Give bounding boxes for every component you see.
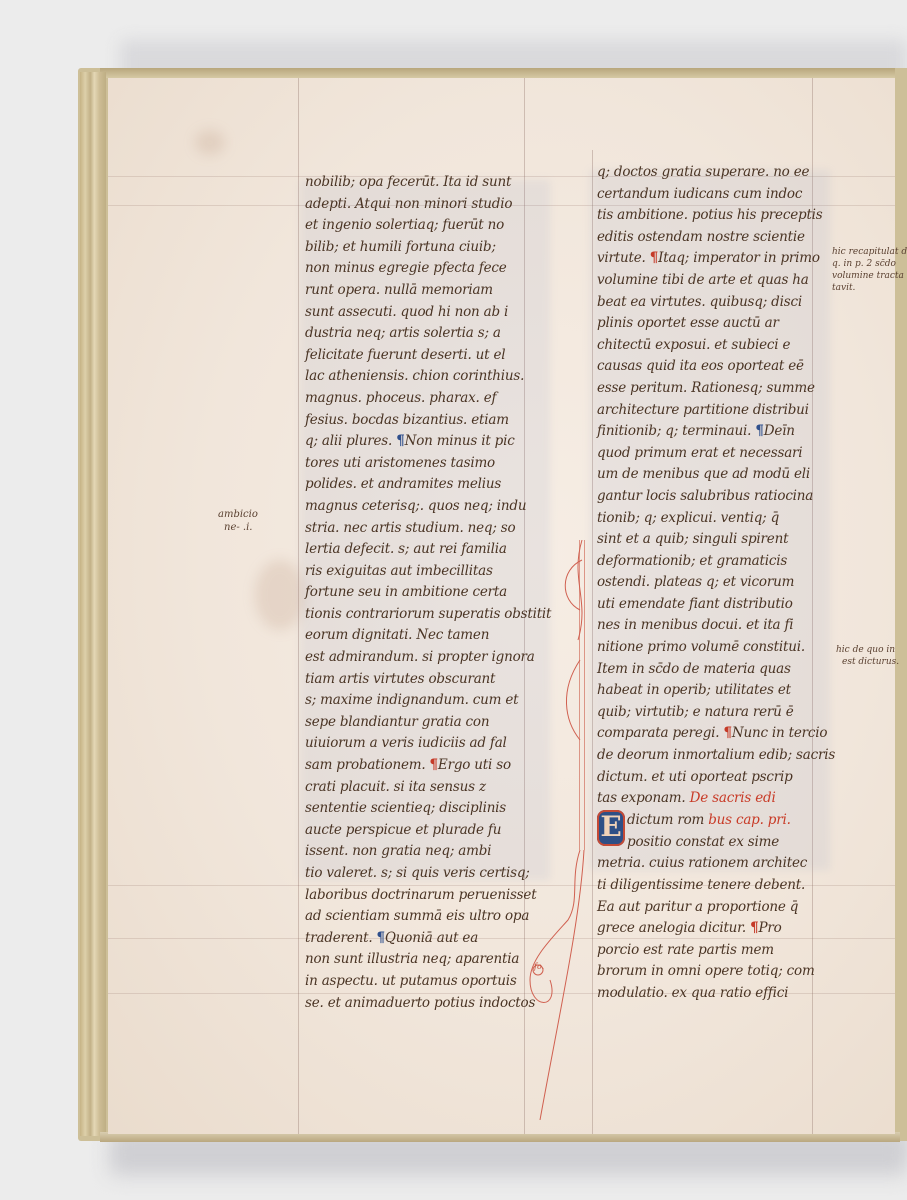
rubric-heading: De sacris edi [690,790,776,806]
text-line: sepe blandiantur gratia con [305,712,545,734]
text-line: volumine tibi de arte et quas ha [597,270,827,292]
text-line: in aspectu. ut putamus oportuis [305,971,545,993]
folio-mark: fo. [534,962,544,971]
text-line: fesius. bocdas bizantius. etiam [305,410,545,432]
text-line: esse peritum. Rationesq; summe [597,378,827,400]
paragraph-mark-blue: ¶ [377,930,385,946]
text-line: runt opera. nullā memoriam [305,280,545,302]
text-line: positio constat ex sime [597,832,827,854]
text-line: sunt assecuti. quod hi non ab i [305,302,545,324]
text-line: um de menibus que ad modū eli [597,464,827,486]
stain [255,560,305,630]
text-line: q; doctos gratia superare. no ee [597,162,827,184]
text-line: tiam artis virtutes obscurant [305,669,545,691]
text-line: non sunt illustria neq; aparentia [305,949,545,971]
text-line: dustria neq; artis solertia s; a [305,323,545,345]
right-margin-note-top: hic recapitulat de q. in p. 2 sc̄do volu… [832,246,907,294]
text-line: lertia defecit. s; aut rei familia [305,539,545,561]
text-line: uti emendate fiant distributio [597,594,827,616]
text-line: certandum iudicans cum indoc [597,184,827,206]
text-line: quib; virtutib; e natura rerū ē [597,702,827,724]
spine-page-edges [80,72,106,1136]
text-line: non minus egregie pfecta fece [305,258,545,280]
text-line: chitectū exposui. et subieci e [597,335,827,357]
text-line: ti diligentissime tenere debent. [597,875,827,897]
paragraph-mark-blue: ¶ [396,433,404,449]
text-line: causas quid ita eos oporteat eē [597,356,827,378]
text-line: modulatio. ex qua ratio effici [597,983,827,1005]
text-line: adepti. Atqui non minori studio [305,194,545,216]
text-line: aucte perspicue et plurade fu [305,820,545,842]
text-line: virtute. ¶Itaq; imperator in primo [597,248,827,270]
text-line: brorum in omni opere totiq; com [597,961,827,983]
text-line: editis ostendam nostre scientie [597,227,827,249]
text-line: ostendi. plateas q; et vicorum [597,572,827,594]
paragraph-mark-red: ¶ [430,757,438,773]
text-line: ad scientiam summā eis ultro opa [305,906,545,928]
text-line: porcio est rate partis mem [597,940,827,962]
text-line: tionis contrariorum superatis obstitit [305,604,545,626]
text-line: nitione primo volumē constitui. [597,637,827,659]
text-line: finitionib; q; terminaui. ¶Deīn [597,421,827,443]
text-line: sint et a quib; singuli spirent [597,529,827,551]
text-line: traderent. ¶Quoniā aut ea [305,928,545,950]
text-line: plinis oportet esse auctū ar [597,313,827,335]
text-line: deformationib; et gramaticis [597,551,827,573]
text-line: lac atheniensis. chion corinthius. [305,366,545,388]
text-line: uiuiorum a veris iudiciis ad fal [305,733,545,755]
text-line: eorum dignitati. Nec tamen [305,625,545,647]
text-line: gantur locis salubribus ratiocina [597,486,827,508]
text-line: polides. et andramites melius [305,474,545,496]
stain [195,130,225,155]
paragraph-mark-red: ¶ [650,250,658,266]
text-line: s; maxime indignandum. cum et [305,690,545,712]
text-line: magnus. phoceus. pharax. ef [305,388,545,410]
text-line: et ingenio solertiaq; fuerūt no [305,215,545,237]
text-line: sam probationem. ¶Ergo uti so [305,755,545,777]
text-line: comparata peregi. ¶Nunc in tercio [597,723,827,745]
text-line: q; alii plures. ¶Non minus it pic [305,431,545,453]
text-line: metria. cuius rationem architec [597,853,827,875]
text-line: tionib; q; explicui. ventiq; q̄ [597,508,827,530]
text-line: laboribus doctrinarum peruenisset [305,885,545,907]
text-line: ris exiguitas aut imbecillitas [305,561,545,583]
pen-flourish [520,540,620,1120]
text-line: grece anelogia dicitur. ¶Pro [597,918,827,940]
right-margin-note-bottom: hic de quo in est dicturus. [836,644,899,668]
text-line: sententie scientieq; disciplinis [305,798,545,820]
text-line: quod primum erat et necessari [597,443,827,465]
left-margin-note: ambicio ne- .i. [218,508,258,534]
text-line: dictum. et uti oporteat pscrip [597,767,827,789]
text-line: stria. nec artis studium. neq; so [305,518,545,540]
text-line: Item in sc̄do de materia quas [597,659,827,681]
text-line: fortune seu in ambitione certa [305,582,545,604]
text-line: habeat in operib; utilitates et [597,680,827,702]
rubric-heading: bus cap. pri. [708,812,791,828]
text-line: crati placuit. si ita sensus z [305,777,545,799]
text-line: felicitate fuerunt deserti. ut el [305,345,545,367]
paragraph-mark-red: ¶ [723,725,731,741]
text-line: Ea aut paritur a proportione q̄ [597,897,827,919]
text-line: de deorum inmortalium edib; sacris [597,745,827,767]
text-line: issent. non gratia neq; ambi [305,841,545,863]
text-line: bilib; et humili fortuna ciuib; [305,237,545,259]
text-line: est admirandum. si propter ignora [305,647,545,669]
text-line: tores uti aristomenes tasimo [305,453,545,475]
text-line: tas exponam. De sacris edi [597,788,827,810]
left-text-column: nobilib; opa fecerūt. Ita id sunt adepti… [305,172,545,1014]
text-line: nobilib; opa fecerūt. Ita id sunt [305,172,545,194]
text-line: tio valeret. s; si quis veris certisq; [305,863,545,885]
text-line: magnus ceterisq;. quos neq; indu [305,496,545,518]
text-line: nes in menibus docui. et ita fi [597,615,827,637]
text-line: architecture partitione distribui [597,400,827,422]
paragraph-mark-blue: ¶ [755,423,763,439]
paragraph-mark-red: ¶ [750,920,758,936]
text-line: beat ea virtutes. quibusq; disci [597,292,827,314]
right-text-column: q; doctos gratia superare. no ee certand… [597,162,827,1005]
top-page-edge [100,68,895,78]
text-line: se. et animaduerto potius indoctos [305,993,545,1015]
text-line: tis ambitione. potius his preceptis [597,205,827,227]
